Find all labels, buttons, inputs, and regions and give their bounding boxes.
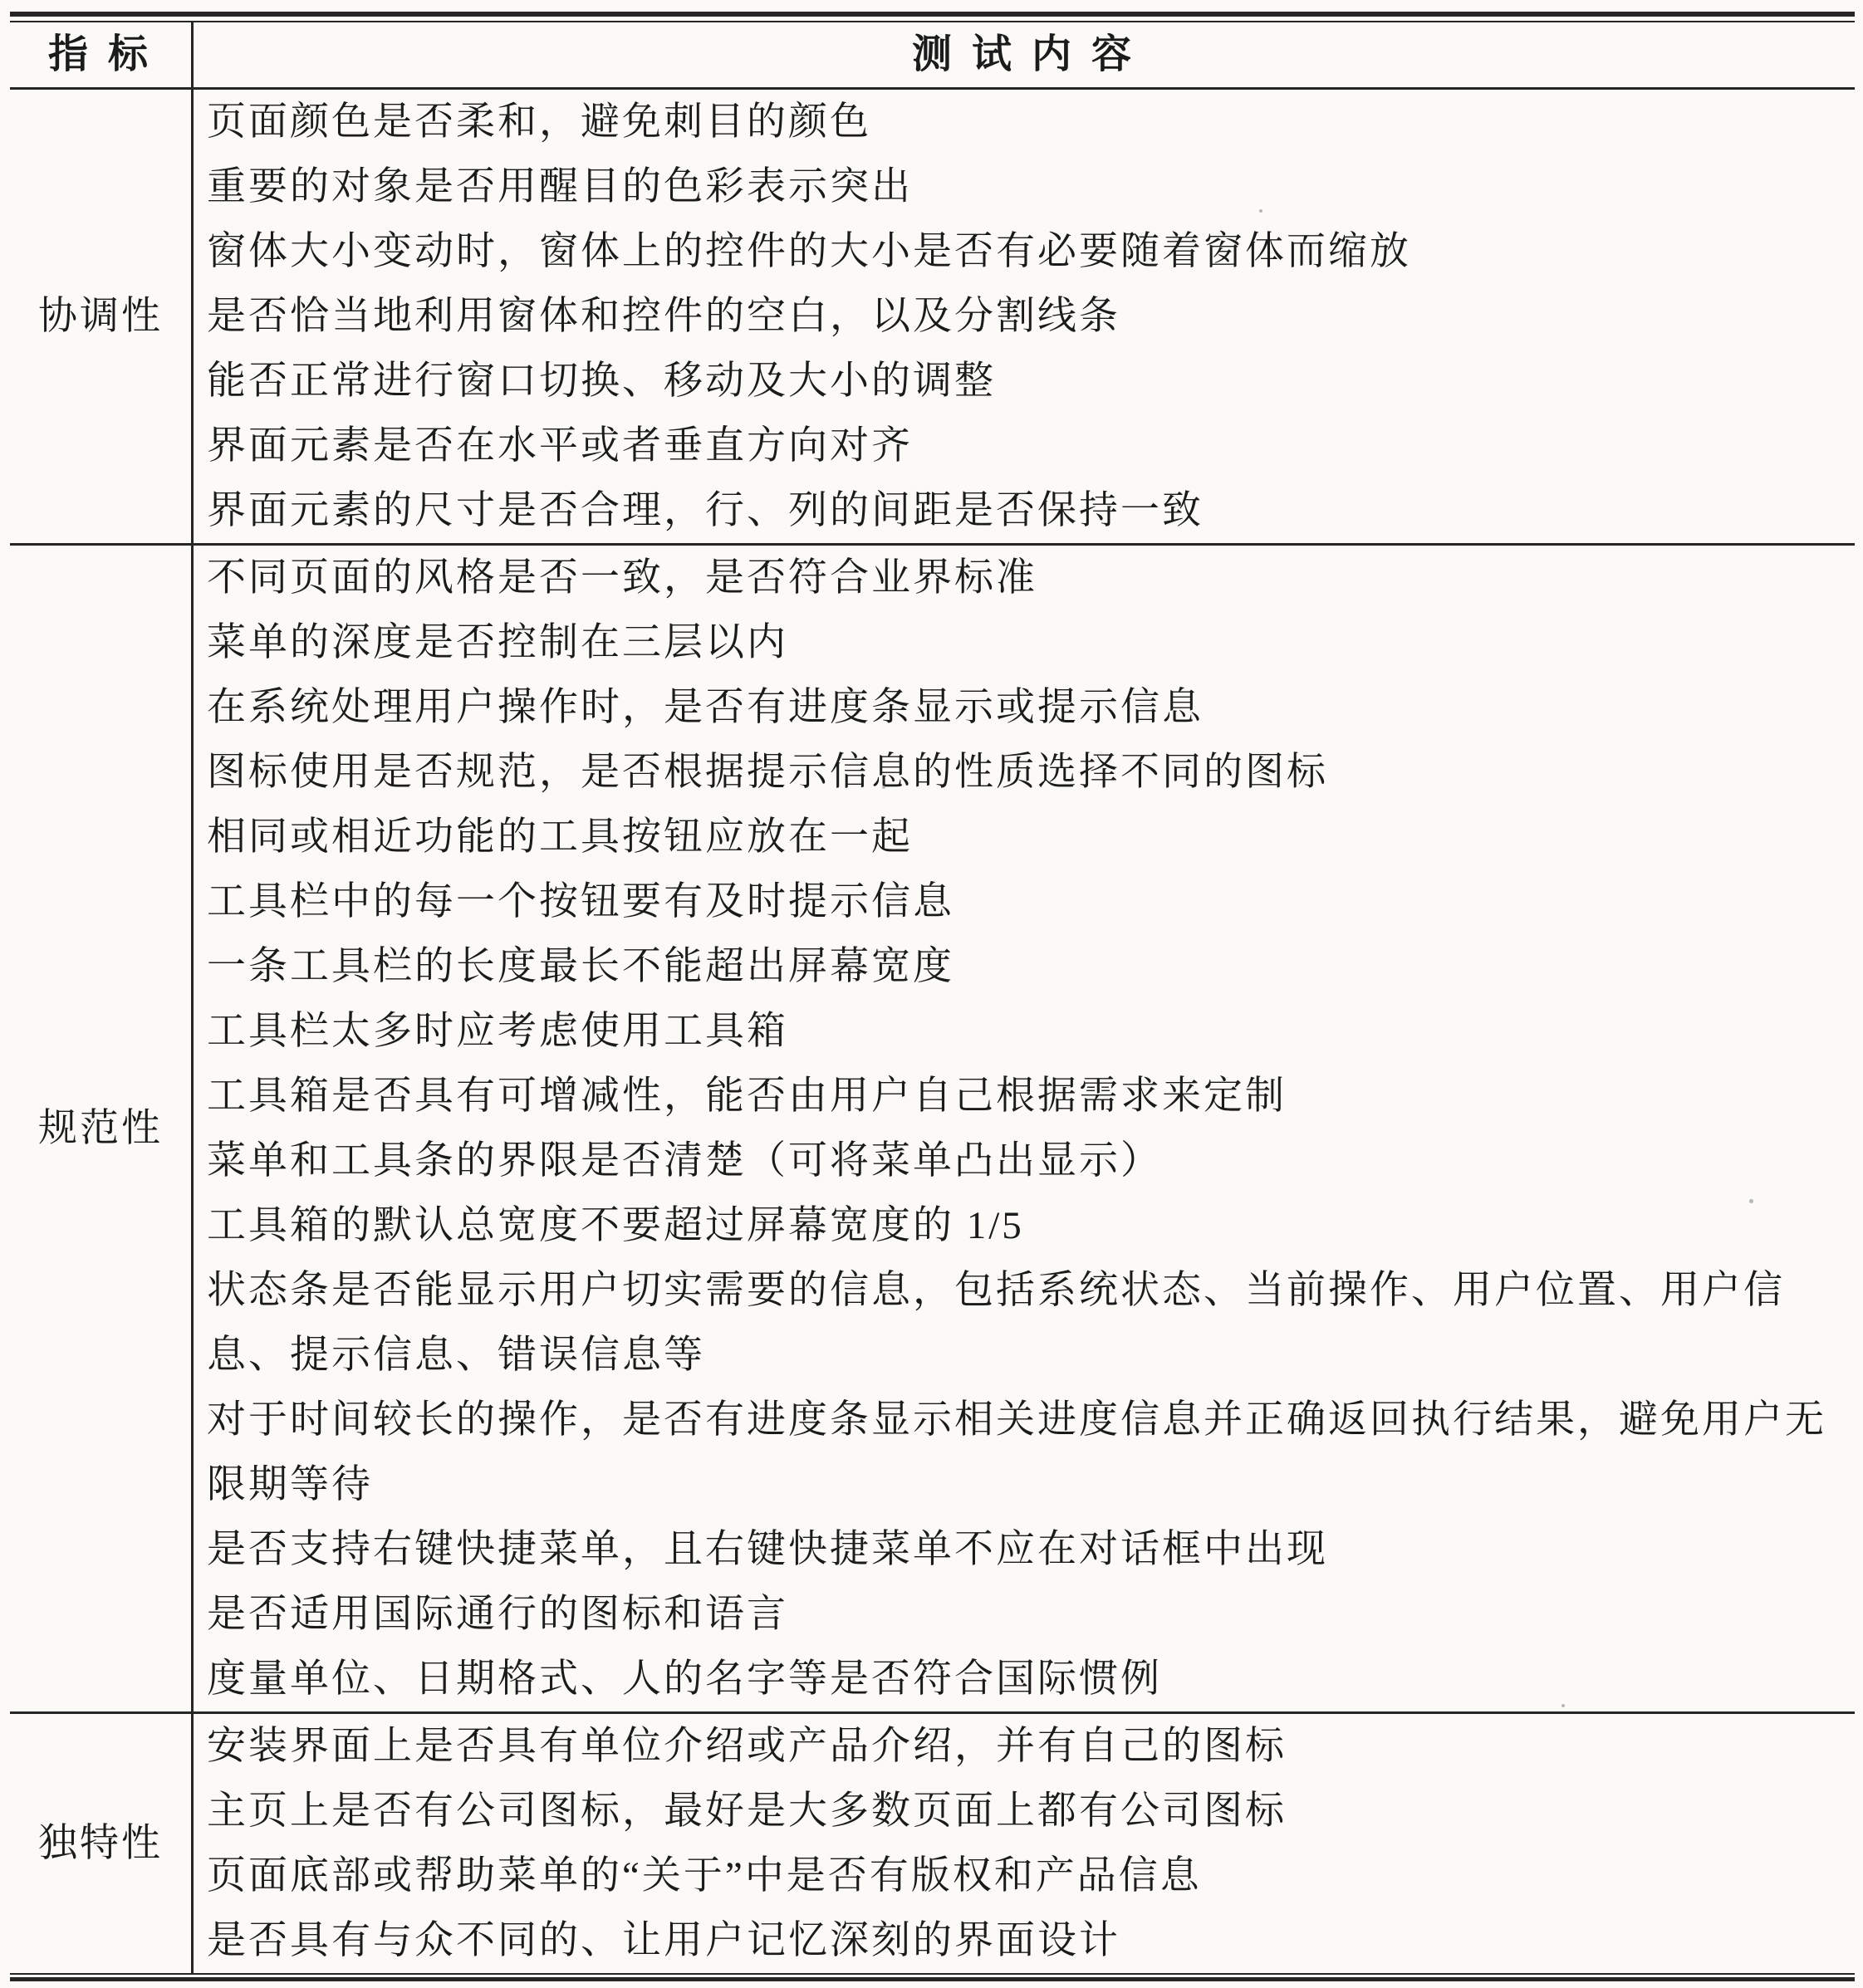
criteria-item: 是否适用国际通行的图标和语言 (207, 1582, 1846, 1647)
criteria-item: 是否支持右键快捷菜单，且右键快捷菜单不应在对话框中出现 (207, 1517, 1846, 1582)
indicator-cell: 独特性 (10, 1714, 194, 1973)
criteria-item: 界面元素的尺寸是否合理，行、列的间距是否保持一致 (207, 478, 1846, 543)
header-content-cell: 测 试 内 容 (194, 22, 1855, 87)
indicator-label: 规范性 (38, 1104, 163, 1153)
table-row: 协调性 页面颜色是否柔和，避免刺目的颜色重要的对象是否用醒目的色彩表示突出窗体大… (10, 90, 1855, 543)
table-bottom-inner-border (10, 1973, 1855, 1975)
criteria-item: 图标使用是否规范，是否根据提示信息的性质选择不同的图标 (207, 740, 1846, 805)
scan-speck (1749, 1199, 1753, 1203)
criteria-item: 工具箱是否具有可增减性，能否由用户自己根据需求来定制 (207, 1064, 1846, 1129)
criteria-item: 一条工具栏的长度最长不能超出屏幕宽度 (207, 934, 1846, 999)
content-cell: 页面颜色是否柔和，避免刺目的颜色重要的对象是否用醒目的色彩表示突出窗体大小变动时… (194, 90, 1855, 543)
criteria-item: 主页上是否有公司图标，最好是大多数页面上都有公司图标 (207, 1779, 1846, 1844)
criteria-item: 页面底部或帮助菜单的“关于”中是否有版权和产品信息 (207, 1844, 1846, 1908)
criteria-item: 对于时间较长的操作，是否有进度条显示相关进度信息并正确返回执行结果，避免用户无限… (207, 1388, 1846, 1517)
criteria-item: 能否正常进行窗口切换、移动及大小的调整 (207, 349, 1846, 414)
criteria-item: 工具箱的默认总宽度不要超过屏幕宽度的 1/5 (207, 1193, 1846, 1258)
criteria-item: 相同或相近功能的工具按钮应放在一起 (207, 805, 1846, 869)
ui-test-criteria-table: 指 标 测 试 内 容 协调性 页面颜色是否柔和，避免刺目的颜色重要的对象是否用… (10, 12, 1855, 1981)
table-bottom-border (10, 1977, 1855, 1981)
criteria-item: 工具栏太多时应考虑使用工具箱 (207, 999, 1846, 1064)
table-header-row: 指 标 测 试 内 容 (10, 22, 1855, 87)
criteria-item: 页面颜色是否柔和，避免刺目的颜色 (207, 90, 1846, 154)
criteria-item: 界面元素是否在水平或者垂直方向对齐 (207, 414, 1846, 478)
criteria-item: 菜单的深度是否控制在三层以内 (207, 610, 1846, 675)
criteria-item: 安装界面上是否具有单位介绍或产品介绍，并有自己的图标 (207, 1714, 1846, 1779)
criteria-item: 度量单位、日期格式、人的名字等是否符合国际惯例 (207, 1647, 1846, 1711)
header-indicator-label: 指 标 (48, 22, 153, 87)
table-row: 独特性 安装界面上是否具有单位介绍或产品介绍，并有自己的图标主页上是否有公司图标… (10, 1714, 1855, 1973)
indicator-cell: 协调性 (10, 90, 194, 543)
table-row: 规范性 不同页面的风格是否一致，是否符合业界标准菜单的深度是否控制在三层以内在系… (10, 546, 1855, 1711)
scan-speck (1259, 209, 1262, 213)
criteria-item: 是否恰当地利用窗体和控件的空白，以及分割线条 (207, 284, 1846, 349)
criteria-item: 菜单和工具条的界限是否清楚（可将菜单凸出显示） (207, 1129, 1846, 1193)
content-cell: 安装界面上是否具有单位介绍或产品介绍，并有自己的图标主页上是否有公司图标，最好是… (194, 1714, 1855, 1973)
header-indicator-cell: 指 标 (10, 22, 194, 87)
criteria-item: 重要的对象是否用醒目的色彩表示突出 (207, 154, 1846, 219)
criteria-item: 状态条是否能显示用户切实需要的信息，包括系统状态、当前操作、用户位置、用户信息、… (207, 1258, 1846, 1388)
table-top-border (10, 12, 1855, 17)
content-cell: 不同页面的风格是否一致，是否符合业界标准菜单的深度是否控制在三层以内在系统处理用… (194, 546, 1855, 1711)
indicator-cell: 规范性 (10, 546, 194, 1711)
criteria-item: 窗体大小变动时，窗体上的控件的大小是否有必要随着窗体而缩放 (207, 219, 1846, 284)
criteria-item: 是否具有与众不同的、让用户记忆深刻的界面设计 (207, 1908, 1846, 1973)
indicator-label: 独特性 (38, 1819, 163, 1868)
criteria-item: 在系统处理用户操作时，是否有进度条显示或提示信息 (207, 675, 1846, 740)
indicator-label: 协调性 (38, 291, 163, 341)
criteria-item: 工具栏中的每一个按钮要有及时提示信息 (207, 869, 1846, 934)
table-body: 协调性 页面颜色是否柔和，避免刺目的颜色重要的对象是否用醒目的色彩表示突出窗体大… (10, 90, 1855, 1973)
scanned-document-page: 指 标 测 试 内 容 协调性 页面颜色是否柔和，避免刺目的颜色重要的对象是否用… (0, 0, 1863, 1988)
scan-speck (882, 786, 885, 789)
criteria-item: 不同页面的风格是否一致，是否符合业界标准 (207, 546, 1846, 610)
scan-speck (1561, 1704, 1565, 1707)
header-content-label: 测 试 内 容 (912, 22, 1136, 87)
